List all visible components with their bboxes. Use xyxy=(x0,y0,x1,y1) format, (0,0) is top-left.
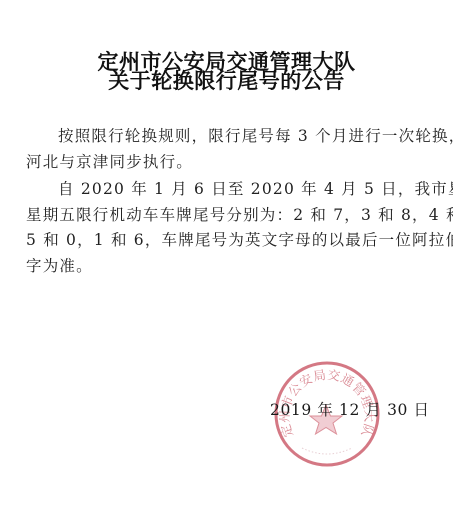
paragraph-line: 字为准。 xyxy=(26,254,434,280)
notice-document: 定州市公安局交通管理大队 关于轮换限行尾号的公告 按照限行轮换规则，限行尾号每 … xyxy=(0,0,453,507)
paragraph-line: 5 和 0，1 和 6，车牌尾号为英文字母的以最后一位阿拉伯数 xyxy=(26,228,434,254)
paragraph-line: 自 2020 年 1 月 6 日至 2020 年 4 月 5 日，我市星期一至 xyxy=(26,177,434,203)
title-line-2: 关于轮换限行尾号的公告 xyxy=(0,69,453,93)
paragraph-line: 星期五限行机动车车牌尾号分别为：2 和 7，3 和 8，4 和 9， xyxy=(26,203,434,229)
paragraph-rotation-rule: 按照限行轮换规则，限行尾号每 3 个月进行一次轮换， 河北与京津同步执行。 xyxy=(26,124,434,175)
issue-date: 2019 年 12 月 30 日 xyxy=(270,400,430,420)
paragraph-line: 河北与京津同步执行。 xyxy=(26,150,434,176)
paragraph-line: 按照限行轮换规则，限行尾号每 3 个月进行一次轮换， xyxy=(26,124,434,150)
paragraph-restriction-schedule: 自 2020 年 1 月 6 日至 2020 年 4 月 5 日，我市星期一至 … xyxy=(26,177,434,279)
